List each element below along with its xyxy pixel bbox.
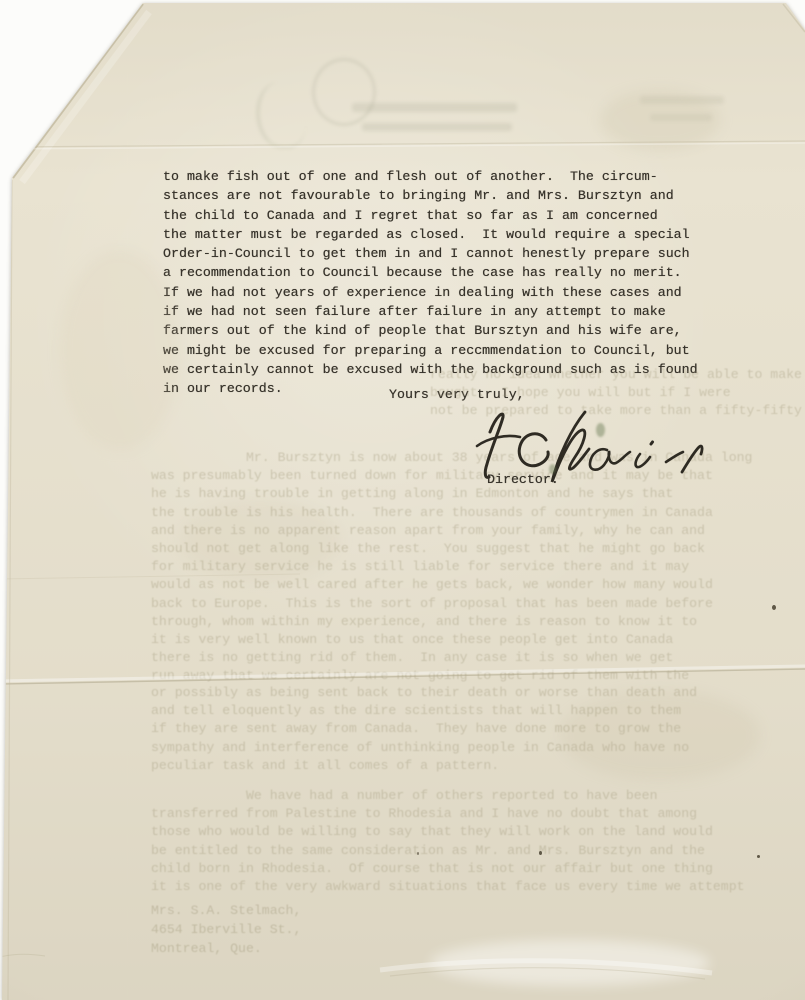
ghost-line: the trouble is his health. There are tho… [151,504,805,522]
ghost-line: peculiar task and it all comes of a patt… [151,757,805,775]
typed-line: if we had not seen failure after failure… [163,302,698,321]
ghost-line: be entitled to the same consideration as… [151,842,805,860]
ghost-address-line: 4654 Iberville St., [151,920,551,939]
ghost-line: those who would be willing to say that t… [151,823,805,841]
ghost-line: should not get along like the rest. You … [151,540,805,558]
ghost-line: child born in Rhodesia. Of course that i… [151,860,805,878]
ghost-address-line: Montreal, Que. [151,939,551,958]
letterhead-crest-ghost [312,58,376,126]
paper-shadow-wrap: really no idea whether you will be able … [0,0,805,1000]
typed-line: the child to Canada and I regret that so… [163,206,698,225]
typed-line: stances are not favourable to bringing M… [163,186,698,205]
letterhead-text-ghost [352,103,517,112]
bleedthrough-address-block: Mrs. S.A. Stelmach,4654 Iberville St.,Mo… [151,901,551,958]
ink-speck [417,852,419,855]
ghost-line: or possibly as being sent back to their … [151,684,805,702]
bleedthrough-paragraph: or possibly as being sent back to their … [151,684,805,775]
typed-line: If we had not years of experience in dea… [163,283,698,302]
ghost-line: and tell eloquently as the dire scientis… [151,702,805,720]
ghost-line: really no idea whether you will be able … [430,366,805,384]
typed-line: to make fish out of one and flesh out of… [163,167,698,186]
ghost-line: run away that we certainly are not going… [151,667,805,685]
ghost-line: there is no getting rid of them. In any … [151,649,805,667]
typed-line: we might be excused for preparing a recc… [163,341,698,360]
ghost-line: bought. I hope you will but if I were [430,384,805,402]
ink-smudge [596,423,605,437]
signer-title: Director. [487,470,559,489]
ink-speck [772,605,776,610]
typed-line: farmers out of the kind of people that B… [163,321,698,340]
ghost-line: sympathy and interference of unthinking … [151,739,805,757]
ghost-line: back to Europe. This is the sort of prop… [151,595,805,613]
ghost-line: and there is no apparent reason apart fr… [151,522,805,540]
paper-stain [60,250,180,450]
ink-speck [539,851,542,855]
paper-stain [600,90,720,150]
letterhead-text-ghost [362,123,512,131]
ghost-line: it is very well known to us that once th… [151,631,805,649]
ghost-line: would as not be well cared after he gets… [151,576,805,594]
typed-line: a recommendation to Council because the … [163,263,698,282]
ghost-line: We have had a number of others reported … [151,787,805,805]
ghost-line: through, whom within my experience, and … [151,613,805,631]
ghost-address-line: Mrs. S.A. Stelmach, [151,901,551,920]
ghost-line: if they are sent away from Canada. They … [151,720,805,738]
ghost-line: it is one of the very awkward situations… [151,878,805,896]
typed-line: Order-in-Council to get them in and I ca… [163,244,698,263]
typed-line: the matter must be regarded as closed. I… [163,225,698,244]
ghost-line: transferred from Palestine to Rhodesia a… [151,805,805,823]
ghost-line: for military service he is still liable … [151,558,805,576]
letter-body: to make fish out of one and flesh out of… [163,167,698,399]
scanned-letter-page: really no idea whether you will be able … [0,0,805,1000]
ink-speck [757,855,760,858]
ink-smudge [549,464,556,474]
letterhead-scribble-ghost [256,82,306,149]
bleedthrough-paragraph: We have had a number of others reported … [151,787,805,896]
letter-paper: really no idea whether you will be able … [0,0,805,1000]
